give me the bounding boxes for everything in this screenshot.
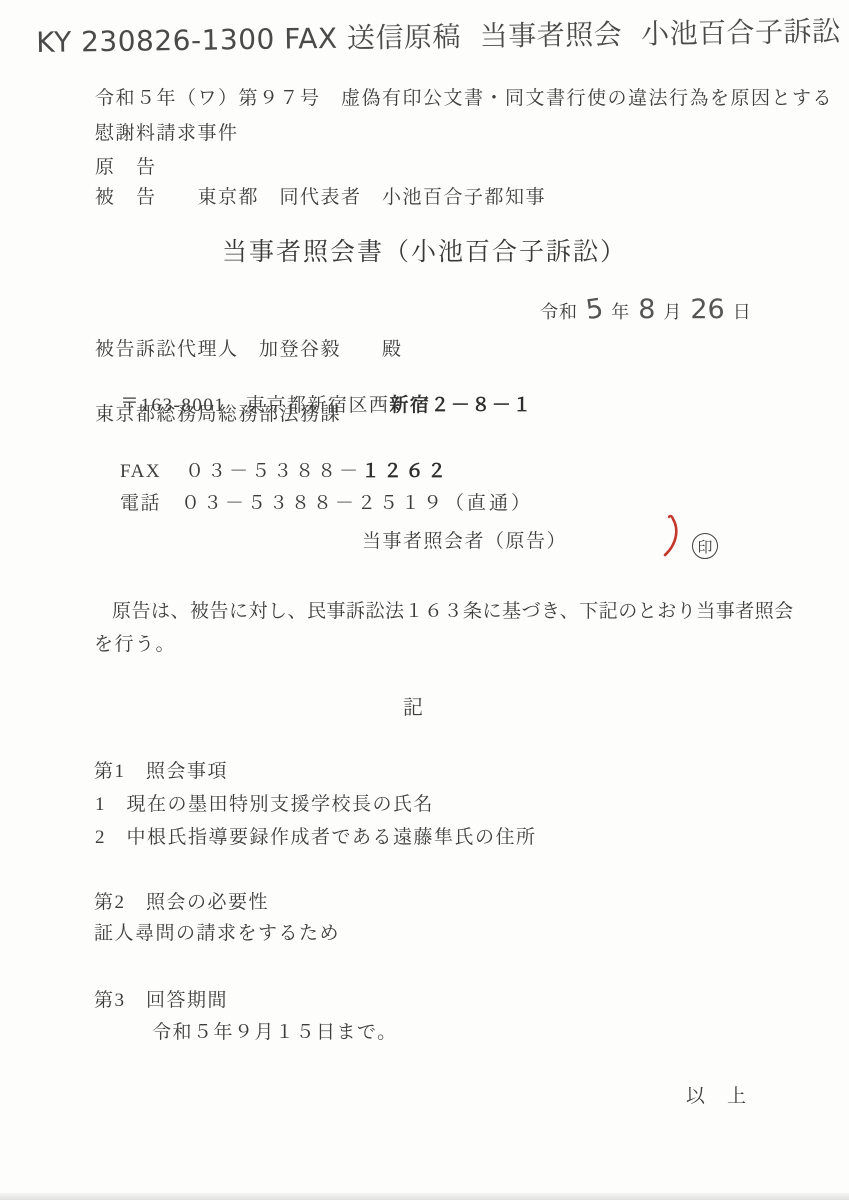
handwritten-red-check-mark: [660, 513, 684, 563]
body-paragraph-line1: 原告は、被告に対し、民事訴訟法１６３条に基づき、下記のとおり当事者照会: [112, 601, 794, 624]
scanned-document-page: KY 230826-1300 FAX 送信原稿 当事者照会 小池百合子訴訟 令和…: [0, 0, 849, 1200]
date-day-handwritten: 26: [690, 294, 724, 325]
date-year-handwritten: 5: [584, 293, 605, 326]
case-number-line: 令和５年（ワ）第９７号 虚偽有印公文書・同文書行使の違法行為を原因とする: [95, 88, 833, 111]
section2-heading: 第2 照会の必要性: [94, 892, 269, 915]
section2-body: 証人尋問の請求をするため: [94, 923, 340, 946]
phone-label: 電話: [120, 493, 161, 514]
date-year-unit: 年: [611, 298, 630, 324]
section3-body: 令和５年９月１５日まで。: [152, 1022, 398, 1045]
section3-heading: 第3 回答期間: [94, 990, 228, 1013]
handwritten-fax-note: KY 230826-1300 FAX 送信原稿 当事者照会 小池百合子訴訟: [36, 15, 841, 60]
date-month-handwritten: 8: [638, 294, 655, 325]
address-bold: 新宿２－８－１: [389, 395, 533, 416]
department-line: 東京都総務局総務部法務課: [95, 404, 341, 427]
section1-heading: 第1 照会事項: [94, 761, 228, 784]
section1-item2: 2 中根氏指導要録作成者である遠藤隼氏の住所: [95, 827, 537, 850]
addressee-line: 被告訴訟代理人 加登谷毅 殿: [95, 339, 403, 362]
body-paragraph-line2: を行う。: [94, 634, 176, 657]
ki-heading: 記: [403, 696, 425, 720]
defendant-line: 被 告 東京都 同代表者 小池百合子都知事: [95, 187, 546, 210]
plaintiff-line: 原 告: [95, 157, 157, 180]
date-month-unit: 月: [663, 298, 682, 324]
date-line: 令和 5 年 8 月 26 日: [540, 294, 752, 325]
in-seal-mark: 印: [692, 533, 718, 559]
scan-edge-artifact: [0, 1193, 849, 1200]
date-era-label: 令和: [540, 298, 578, 324]
in-seal-char: 印: [697, 536, 712, 557]
closing-ijou: 以 上: [686, 1086, 748, 1109]
case-name-line: 慰謝料請求事件: [95, 123, 239, 146]
document-title: 当事者照会書（小池百合子訴訟）: [0, 238, 849, 268]
phone-number: ０３－５３８８－２５１９（直通）: [181, 493, 533, 514]
date-day-unit: 日: [733, 298, 752, 324]
section1-item1: 1 現在の墨田特別支援学校長の氏名: [95, 794, 434, 817]
inquirer-line: 当事者照会者（原告）: [362, 531, 567, 554]
